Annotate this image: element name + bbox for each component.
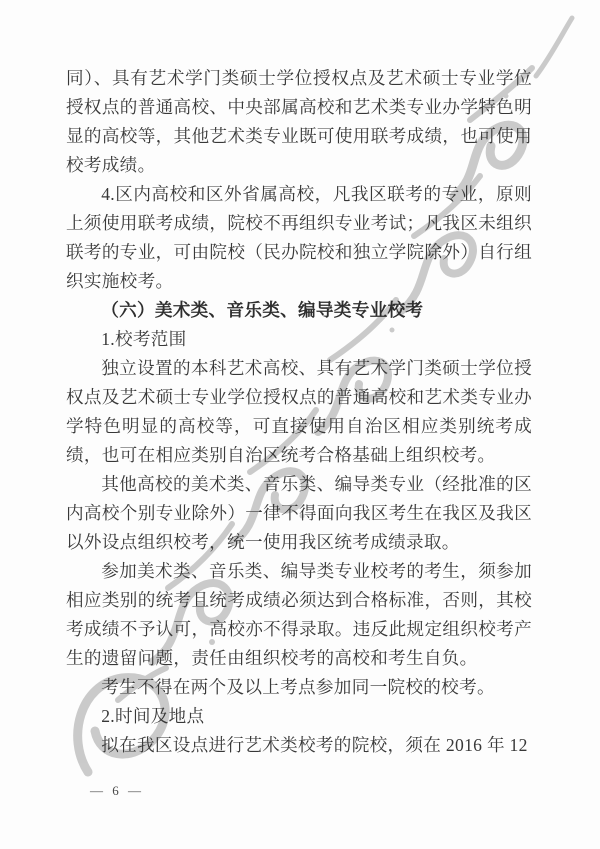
paragraph: 考生不得在两个及以上考点参加同一院校的校考。 [66, 673, 532, 702]
document-page: 同）、具有艺术学门类硕士学位授权点及艺术硕士专业学位授权点的普通高校、中央部属高… [0, 0, 600, 849]
paragraph: 1.校考范围 [66, 325, 532, 354]
paragraph: 拟在我区设点进行艺术类校考的院校，须在 2016 年 12 [66, 731, 532, 760]
paragraph: 其他高校的美术类、音乐类、编导类专业（经批准的区内高校个别专业除外）一律不得面向… [66, 470, 532, 557]
paragraph: 同）、具有艺术学门类硕士学位授权点及艺术硕士专业学位授权点的普通高校、中央部属高… [66, 64, 532, 180]
page-number: — 6 — [90, 783, 144, 799]
paragraph: 2.时间及地点 [66, 702, 532, 731]
document-body: 同）、具有艺术学门类硕士学位授权点及艺术硕士专业学位授权点的普通高校、中央部属高… [66, 64, 532, 760]
paragraph: 独立设置的本科艺术高校、具有艺术学门类硕士学位授权点及艺术硕士专业学位授权点的普… [66, 354, 532, 470]
section-heading: （六）美术类、音乐类、编导类专业校考 [66, 296, 532, 325]
paragraph: 参加美术类、音乐类、编导类专业校考的考生，须参加相应类别的统考且统考成绩必须达到… [66, 557, 532, 673]
paragraph: 4.区内高校和区外省属高校，凡我区联考的专业，原则上须使用联考成绩，院校不再组织… [66, 180, 532, 296]
